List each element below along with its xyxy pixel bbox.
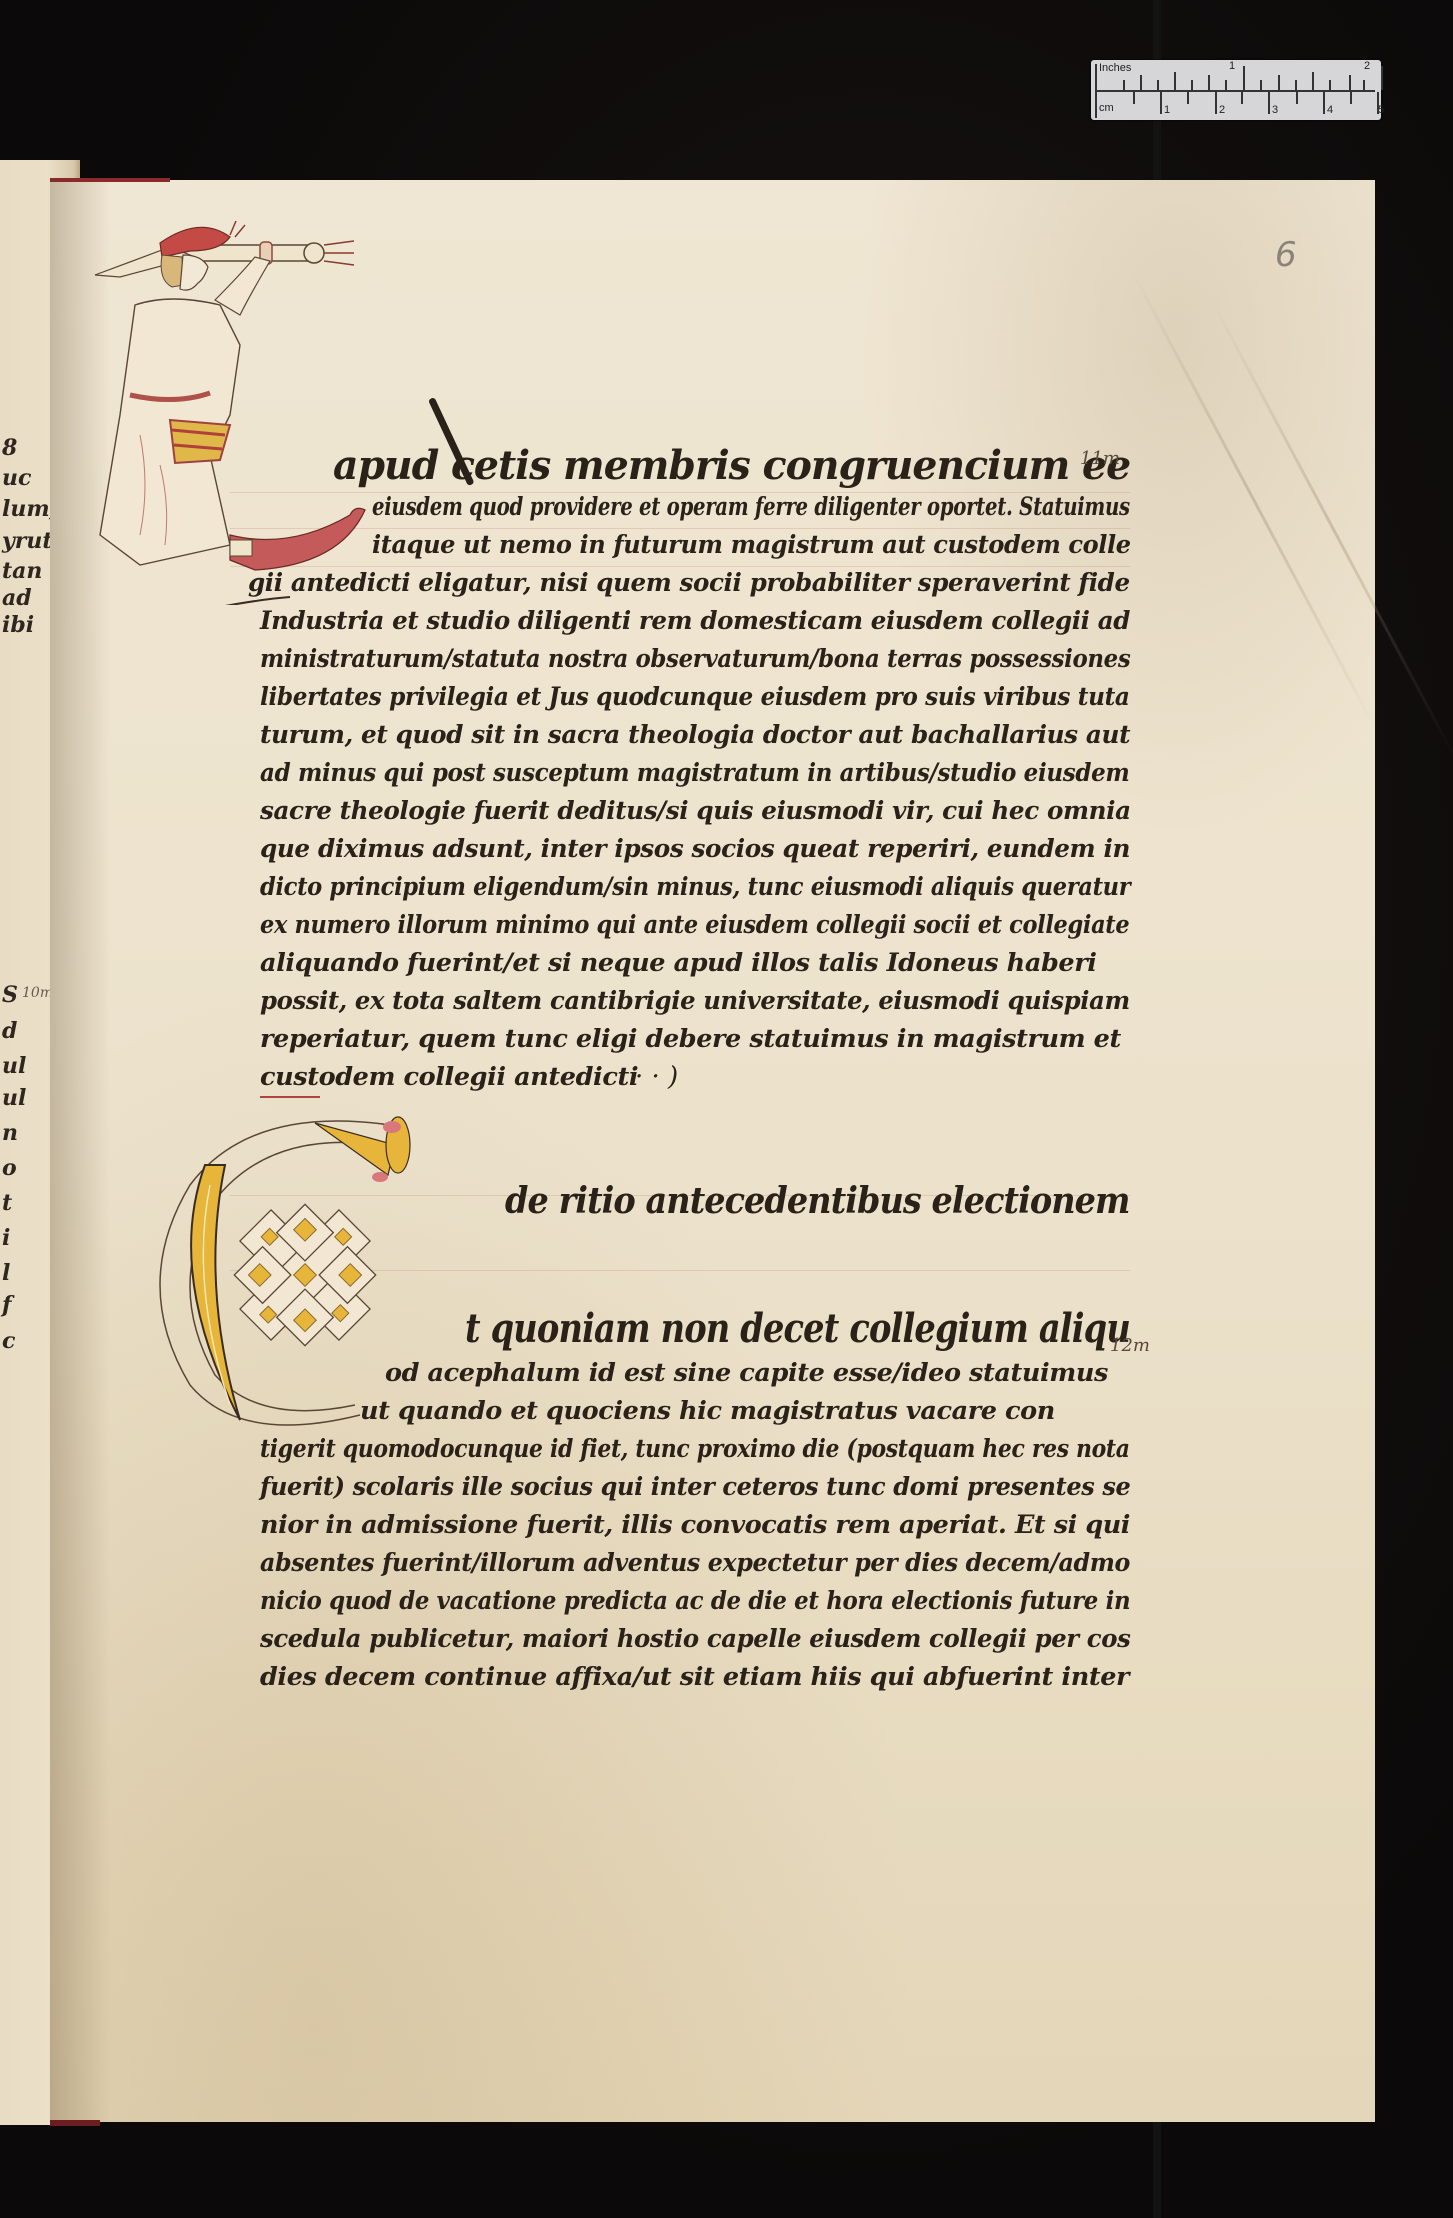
section-2-line: scedula publicetur, maiori hostio capell… — [260, 1624, 1130, 1654]
left-page-fragment: l — [2, 1260, 10, 1286]
section-2-incipit: t quoniam non decet collegium aliqu — [465, 1305, 1130, 1352]
scale-cm-tick-label: 5 — [1378, 104, 1384, 116]
page-edge-red-top — [50, 178, 170, 182]
section-1-line: reperiatur, quem tunc eligi debere statu… — [260, 1024, 1121, 1054]
section-1-line: custodem collegii antedicti — [260, 1062, 638, 1092]
section-1-line: ex numero illorum minimo qui ante eiusde… — [260, 910, 1129, 940]
figurative-initial-c-man-with-telescope — [80, 205, 420, 605]
scale-inch-tick-label: 2 — [1364, 60, 1370, 72]
section-2-line: absentes fuerint/illorum adventus expect… — [260, 1548, 1130, 1578]
section-2-line: tigerit quomodocunque id fiet, tunc prox… — [260, 1434, 1130, 1464]
scale-tick — [1157, 80, 1159, 90]
left-page-fragment: 8 — [2, 435, 17, 461]
scale-tick — [1377, 92, 1379, 114]
left-page-fragment: tan — [2, 558, 42, 584]
scale-tick — [1133, 92, 1135, 104]
left-page-marginal-gloss: 10m — [22, 985, 53, 1001]
left-page-fragment: n — [2, 1120, 18, 1146]
left-page-fragment: ul — [2, 1085, 26, 1111]
section-1-line: aliquando fuerint/et si neque apud illos… — [260, 948, 1097, 978]
scale-inch-tick-label: 1 — [1229, 60, 1235, 72]
section-1-line: possit, ex tota saltem cantibrigie unive… — [260, 986, 1130, 1016]
scale-inches-label: Inches — [1099, 62, 1131, 74]
section-2-line: od acephalum id est sine capite esse/ide… — [385, 1358, 1108, 1388]
scale-tick — [1329, 80, 1331, 90]
rubric-underline — [260, 1096, 320, 1098]
left-page-fragment: i — [2, 1225, 10, 1251]
scale-cm-tick-label: 4 — [1327, 104, 1333, 116]
scale-tick — [1241, 92, 1243, 104]
scale-tick — [1260, 80, 1262, 90]
section-1-line: Industria et studio diligenti rem domest… — [260, 606, 1130, 636]
scale-tick — [1215, 92, 1217, 114]
scale-tick — [1174, 72, 1176, 90]
scale-tick — [1295, 80, 1297, 90]
scale-tick — [1191, 80, 1193, 90]
section-2-line: nicio quod de vacatione predicta ac de d… — [260, 1586, 1130, 1616]
scale-tick — [1323, 92, 1325, 114]
scale-cm-tick-label: 2 — [1219, 104, 1225, 116]
scale-tick — [1140, 75, 1142, 90]
left-page-fragment: yrut — [2, 528, 53, 554]
section-1-line: libertates privilegia et Jus quodcunque … — [260, 682, 1130, 712]
scale-cm-tick-label: 1 — [1164, 104, 1170, 116]
left-page-fragment: S — [2, 982, 18, 1008]
scale-tick — [1160, 92, 1162, 114]
section-1-line: que diximus adsunt, inter ipsos socios q… — [260, 834, 1130, 864]
section-2-line: ut quando et quociens hic magistratus va… — [360, 1396, 1055, 1426]
left-page-fragment: d — [2, 1018, 17, 1044]
scale-tick — [1349, 75, 1351, 90]
scale-tick — [1350, 92, 1352, 104]
scale-cm-label: cm — [1099, 102, 1114, 114]
section-1-incipit: apud cetis membris congruencium ee — [333, 442, 1130, 489]
left-page-fragment: ad — [2, 585, 32, 611]
scale-tick — [1363, 80, 1365, 90]
section-2-line: nior in admissione fuerit, illis convoca… — [260, 1510, 1130, 1540]
section-1-line: turum, et quod sit in sacra theologia do… — [260, 720, 1130, 750]
scale-tick — [1123, 80, 1125, 90]
section-1-line: ministraturum/statuta nostra observaturu… — [260, 644, 1130, 674]
line-end-mark: · · ) — [635, 1062, 678, 1092]
scale-tick — [1187, 92, 1189, 104]
left-page-fragment: uc — [2, 465, 31, 491]
section-2-line: dies decem continue affixa/ut sit etiam … — [260, 1662, 1129, 1692]
scale-tick — [1296, 92, 1298, 104]
scale-tick — [1278, 75, 1280, 90]
left-page-fragment: t — [2, 1190, 12, 1216]
section-1-line: itaque ut nemo in futurum magistrum aut … — [372, 530, 1131, 560]
section-1-line: eiusdem quod providere et operam ferre d… — [372, 492, 1130, 522]
section-1-line: dicto principium eligendum/sin minus, tu… — [260, 872, 1130, 902]
manuscript-page: 6 apud cetis membris congruencium ee 11 — [50, 180, 1375, 2122]
scale-tick — [1312, 72, 1314, 90]
section-1-line: sacre theologie fuerit deditus/si quis e… — [260, 796, 1131, 826]
folio-number: 6 — [1275, 235, 1297, 275]
page-edge-red-bottom — [50, 2120, 100, 2126]
vellum-crease — [1130, 269, 1377, 730]
scale-tick — [1095, 64, 1097, 118]
section-2-line: fuerit) scolaris ille socius qui inter c… — [260, 1472, 1130, 1502]
scale-tick — [1225, 80, 1227, 90]
left-page-fragment: o — [2, 1155, 17, 1181]
section-2-rubric-heading: de ritio antecedentibus electionem — [505, 1180, 1130, 1222]
scale-tick — [1381, 66, 1383, 90]
scale-bar: Inches cm 1 2 1 2 3 4 5 — [1091, 60, 1381, 120]
left-page-fragment: ibi — [2, 612, 34, 638]
section-2-marginal-gloss: 12m — [1110, 1335, 1150, 1356]
left-page-fragment: ul — [2, 1053, 26, 1079]
scale-tick — [1268, 92, 1270, 114]
section-1-marginal-gloss: 11m — [1080, 448, 1120, 469]
scale-tick — [1243, 66, 1245, 90]
left-page-fragment: f — [2, 1292, 11, 1318]
scale-axis — [1095, 90, 1375, 92]
scale-cm-tick-label: 3 — [1272, 104, 1278, 116]
section-1-line: ad minus qui post susceptum magistratum … — [260, 758, 1129, 788]
left-page-fragment: c — [2, 1328, 15, 1354]
section-1-line: gii antedicti eligatur, nisi quem socii … — [248, 568, 1130, 598]
scale-tick — [1208, 75, 1210, 90]
